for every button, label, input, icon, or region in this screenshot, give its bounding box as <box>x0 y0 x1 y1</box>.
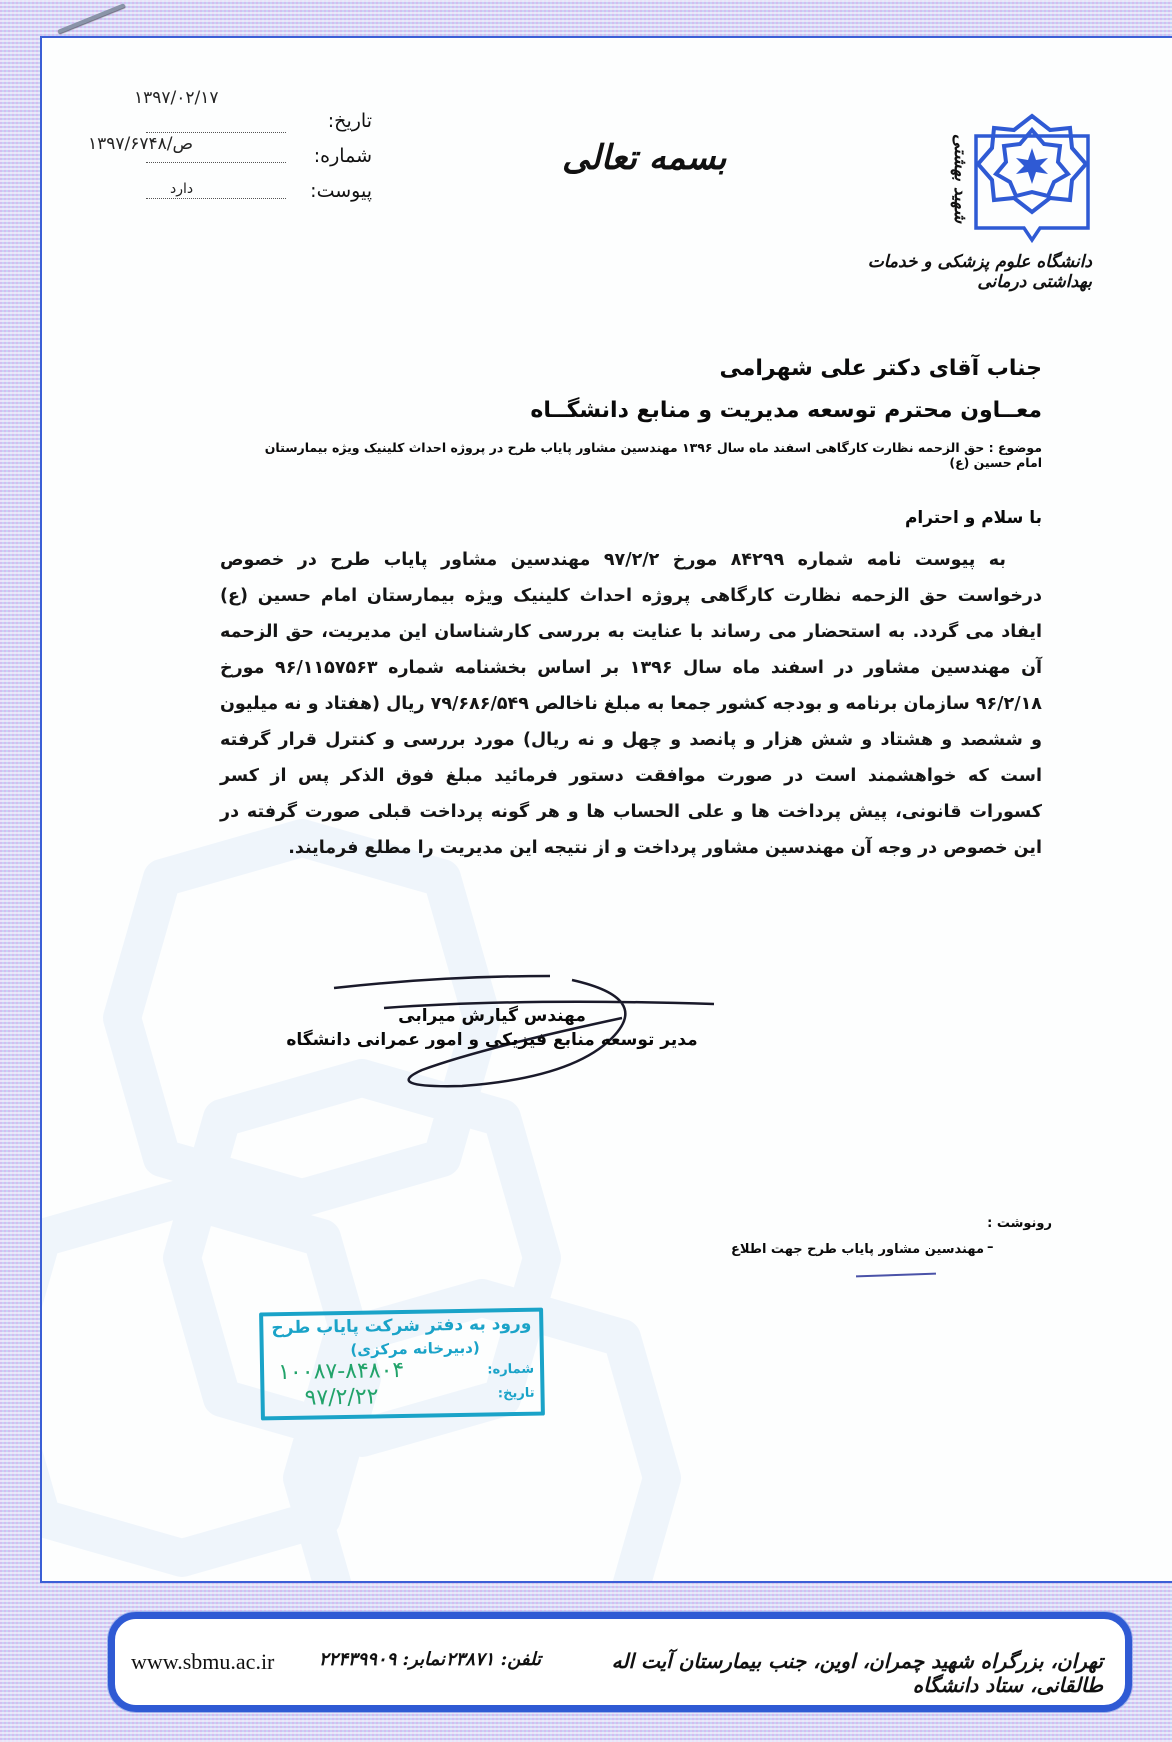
date-value: ۱۳۹۷/۰۲/۱۷ <box>134 88 219 108</box>
stamp-date-label: تاریخ: <box>498 1386 535 1402</box>
stamp-date-value: ۹۷/۲/۲۲ <box>304 1384 378 1410</box>
subject: موضوع : حق الزحمه نظارت کارگاهی اسفند ما… <box>242 440 1042 470</box>
registry-stamp: ورود به دفتر شرکت پایاب طرح (دبیرخانه مر… <box>259 1308 545 1421</box>
footer-address: تهران، بزرگراه شهید چمران، اوین، جنب بیم… <box>543 1649 1103 1697</box>
number-value: ۱۳۹۷/ص/۶۷۴۸ <box>88 134 193 154</box>
university-logo-icon <box>972 108 1092 248</box>
letter-body: به پیوست نامه شماره ۸۴۲۹۹ مورخ ۹۷/۲/۲ مه… <box>220 542 1042 866</box>
number-label: شماره: <box>292 145 372 167</box>
footer-website-link[interactable]: www.sbmu.ac.ir <box>131 1649 274 1675</box>
stamp-number-value: ۱۰۰۸۷-۸۴۸۰۴ <box>278 1358 405 1385</box>
staple <box>57 3 125 34</box>
date-line <box>146 132 286 133</box>
attachment-value: دارد <box>170 181 193 197</box>
footer-phone: تلفن: ۲۳۸۷۱ <box>441 1649 541 1670</box>
university-name: دانشگاه علوم پزشکی و خدمات بهداشتی درمان… <box>842 252 1092 292</box>
signer-title: مدیر توسعه منابع فیزیکی و امور عمرانی دا… <box>282 1030 702 1050</box>
cc-bullet: – <box>987 1240 994 1255</box>
greeting: با سلام و احترام <box>542 508 1042 528</box>
cc-underline <box>856 1273 936 1278</box>
cc-label: رونوشت : <box>902 1216 1052 1231</box>
recipient-title: معــاون محترم توسعه مدیریت و منابع دانشگ… <box>282 398 1042 423</box>
attachment-label: پیوست: <box>292 180 372 202</box>
stamp-line1: ورود به دفتر شرکت پایاب طرح <box>271 1314 531 1339</box>
recipient-name: جناب آقای دکتر علی شهرامی <box>282 356 1042 381</box>
signer-name: مهندس گیارش میرابی <box>342 1006 642 1026</box>
date-label: تاریخ: <box>292 110 372 132</box>
watermark-pattern-icon <box>42 818 682 1583</box>
basmala: بسمه تعالی <box>562 138 726 178</box>
cc-item: مهندسین مشاور پایاب طرح جهت اطلاع <box>702 1242 984 1257</box>
footer-fax: نمابر: ۲۲۴۳۹۹۰۹ <box>285 1649 445 1670</box>
number-line <box>146 162 286 163</box>
stamp-number-label: شماره: <box>487 1362 534 1378</box>
letter-page: ۱۳۹۷/۰۲/۱۷ تاریخ: ۱۳۹۷/ص/۶۷۴۸ شماره: پیو… <box>40 36 1172 1583</box>
attachment-line <box>146 198 286 199</box>
stamp-line2: (دبیرخانه مرکزی) <box>350 1339 480 1359</box>
letterhead-footer: تهران، بزرگراه شهید چمران، اوین، جنب بیم… <box>108 1612 1132 1712</box>
university-name-line2: شهید بهشتی <box>900 134 970 223</box>
